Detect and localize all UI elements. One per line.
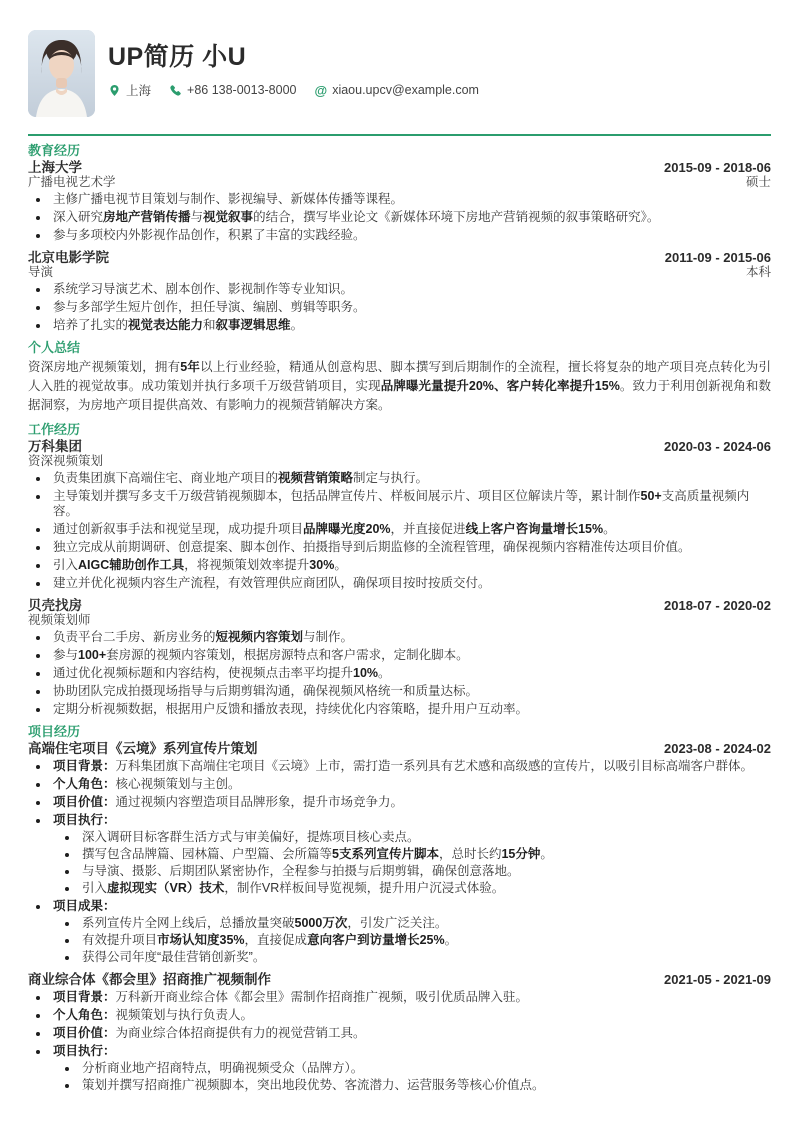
entry-heading: 高端住宅项目《云境》系列宣传片策划 (28, 741, 258, 756)
entry-sub-row: 导演本科 (28, 265, 771, 279)
section-title: 工作经历 (28, 422, 771, 437)
bullet-list: 主修广播电视节目策划与制作、影视编导、新媒体传播等课程。深入研究房地产营销传播与… (28, 192, 771, 243)
bullet-item: 系统学习导演艺术、剧本创作、影视制作等专业知识。 (28, 282, 771, 297)
contact-email-text: xiaou.upcv@example.com (332, 83, 479, 97)
section-title: 教育经历 (28, 143, 771, 158)
entry: 高端住宅项目《云境》系列宣传片策划2023-08 - 2024-02项目背景：万… (28, 741, 771, 965)
entry-date: 2011-09 - 2015-06 (665, 250, 771, 265)
bullet-item: 协助团队完成拍摄现场指导与后期剪辑沟通，确保视频风格统一和质量达标。 (28, 684, 771, 699)
bullet-list: 系统学习导演艺术、剧本创作、影视制作等专业知识。参与多部学生短片创作，担任导演、… (28, 282, 771, 333)
highlight-text: 100+ (78, 648, 106, 662)
entry-sub-row: 视频策划师 (28, 613, 771, 627)
entry-role: 资深视频策划 (28, 454, 103, 468)
bullet-item: 引入AIGC辅助创作工具，将视频策划效率提升30%。 (28, 558, 771, 573)
sub-bullet-item: 系列宣传片全网上线后，总播放量突破5000万次，引发广泛关注。 (55, 916, 771, 931)
highlight-text: 项目价值： (53, 795, 116, 809)
entry-header-row: 万科集团2020-03 - 2024-06 (28, 439, 771, 454)
bullet-item: 项目价值：为商业综合体招商提供有力的视觉营销工具。 (28, 1026, 771, 1041)
bullet-item: 独立完成从前期调研、创意提案、脚本创作、拍摄指导到后期监修的全流程管理，确保视频… (28, 540, 771, 555)
entry-sub-row: 资深视频策划 (28, 454, 771, 468)
highlight-text: 品牌曝光度20% (303, 522, 391, 536)
entry-sub-row: 广播电视艺术学硕士 (28, 175, 771, 189)
entry-header-row: 高端住宅项目《云境》系列宣传片策划2023-08 - 2024-02 (28, 741, 771, 756)
section-work: 工作经历万科集团2020-03 - 2024-06资深视频策划负责集团旗下高端住… (28, 422, 771, 717)
bullet-item: 项目背景：万科集团旗下高端住宅项目《云境》上市，需打造一系列具有艺术感和高级感的… (28, 759, 771, 774)
highlight-text: 视频营销策略 (278, 471, 353, 485)
section-education: 教育经历上海大学2015-09 - 2018-06广播电视艺术学硕士主修广播电视… (28, 143, 771, 333)
entry-heading: 贝壳找房 (28, 598, 82, 613)
entry: 商业综合体《都会里》招商推广视频制作2021-05 - 2021-09项目背景：… (28, 972, 771, 1093)
bullet-item: 项目成果：系列宣传片全网上线后，总播放量突破5000万次，引发广泛关注。有效提升… (28, 899, 771, 965)
highlight-text: 项目价值： (53, 1026, 116, 1040)
entry-role: 视频策划师 (28, 613, 91, 627)
highlight-text: 项目背景： (53, 990, 116, 1004)
entry-role: 广播电视艺术学 (28, 175, 116, 189)
bullet-item: 参与100+套房源的视频内容策划，根据房源特点和客户需求，定制化脚本。 (28, 648, 771, 663)
contact-row: 上海 +86 138-0013-8000 @ xiaou.upcv@exampl… (108, 81, 479, 99)
header-divider (28, 134, 771, 136)
highlight-text: 5支系列宣传片脚本 (332, 847, 439, 861)
resume-sections: 教育经历上海大学2015-09 - 2018-06广播电视艺术学硕士主修广播电视… (28, 143, 771, 1093)
bullet-item: 培养了扎实的视觉表达能力和叙事逻辑思维。 (28, 318, 771, 333)
entry-degree: 本科 (746, 265, 771, 279)
entry-header-row: 贝壳找房2018-07 - 2020-02 (28, 598, 771, 613)
bullet-item: 通过优化视频标题和内容结构，使视频点击率平均提升10%。 (28, 666, 771, 681)
bullet-item: 建立并优化视频内容生产流程，有效管理供应商团队，确保项目按时按质交付。 (28, 576, 771, 591)
location-pin-icon (108, 84, 121, 97)
bullet-list: 负责集团旗下高端住宅、商业地产项目的视频营销策略制定与执行。主导策划并撰写多支千… (28, 471, 771, 591)
sub-bullet-item: 获得公司年度“最佳营销创新奖”。 (55, 950, 771, 965)
profile-photo (28, 30, 95, 117)
highlight-text: 视觉叙事 (203, 210, 253, 224)
highlight-text: 5年 (180, 360, 200, 374)
sub-bullet-item: 与导演、摄影、后期团队紧密协作，全程参与拍摄与后期剪辑，确保创意落地。 (55, 864, 771, 879)
bullet-item: 个人角色：视频策划与执行负责人。 (28, 1008, 771, 1023)
entry-date: 2021-05 - 2021-09 (664, 972, 771, 987)
bullet-item: 主导策划并撰写多支千万级营销视频脚本，包括品牌宣传片、样板间展示片、项目区位解读… (28, 489, 771, 519)
contact-phone-text: +86 138-0013-8000 (187, 83, 296, 97)
highlight-text: 市场认知度35% (157, 933, 245, 947)
bullet-list: 项目背景：万科集团旗下高端住宅项目《云境》上市，需打造一系列具有艺术感和高级感的… (28, 759, 771, 965)
highlight-text: 叙事逻辑思维 (216, 318, 291, 332)
bullet-item: 项目执行：分析商业地产招商特点，明确视频受众（品牌方）。策划并撰写招商推广视频脚… (28, 1044, 771, 1093)
highlight-text: 线上客户咨询量增长15% (466, 522, 604, 536)
highlight-text: 50+ (641, 489, 662, 503)
entry-header-row: 商业综合体《都会里》招商推广视频制作2021-05 - 2021-09 (28, 972, 771, 987)
bullet-item: 负责平台二手房、新房业务的短视频内容策划与制作。 (28, 630, 771, 645)
contact-phone: +86 138-0013-8000 (169, 83, 296, 97)
bullet-item: 定期分析视频数据，根据用户反馈和播放表现，持续优化内容策略，提升用户互动率。 (28, 702, 771, 717)
highlight-text: 项目背景： (53, 759, 116, 773)
highlight-text: 意向客户到访量增长25% (307, 933, 445, 947)
resume-header: UP简历 小U 上海 +86 138-0013-8000 @ xiaou.u (28, 30, 771, 117)
section-title: 个人总结 (28, 340, 771, 355)
bullet-item: 参与多项校内外影视作品创作，积累了丰富的实践经验。 (28, 228, 771, 243)
bullet-list: 项目背景：万科新开商业综合体《都会里》需制作招商推广视频，吸引优质品牌入驻。个人… (28, 990, 771, 1093)
highlight-text: 品牌曝光量提升20%、客户转化率提升15% (381, 379, 620, 393)
contact-location: 上海 (108, 81, 151, 99)
entry-heading: 上海大学 (28, 160, 82, 175)
profile-photo-illustration (28, 30, 95, 117)
sub-bullet-item: 深入调研目标客群生活方式与审美偏好，提炼项目核心卖点。 (55, 830, 771, 845)
entry-date: 2018-07 - 2020-02 (664, 598, 771, 613)
entry: 万科集团2020-03 - 2024-06资深视频策划负责集团旗下高端住宅、商业… (28, 439, 771, 591)
entry-heading: 万科集团 (28, 439, 82, 454)
bullet-list: 负责平台二手房、新房业务的短视频内容策划与制作。参与100+套房源的视频内容策划… (28, 630, 771, 717)
at-sign-icon: @ (315, 84, 328, 97)
section-title: 项目经历 (28, 724, 771, 739)
bullet-item: 深入研究房地产营销传播与视觉叙事的结合，撰写毕业论文《新媒体环境下房地产营销视频… (28, 210, 771, 225)
contact-location-text: 上海 (126, 81, 151, 99)
entry-role: 导演 (28, 265, 53, 279)
bullet-item: 主修广播电视节目策划与制作、影视编导、新媒体传播等课程。 (28, 192, 771, 207)
summary-paragraph: 资深房地产视频策划，拥有5年以上行业经验，精通从创意构思、脚本撰写到后期制作的全… (28, 358, 771, 415)
sub-bullet-item: 策划并撰写招商推广视频脚本，突出地段优势、客流潜力、运营服务等核心价值点。 (55, 1078, 771, 1093)
contact-email: @ xiaou.upcv@example.com (315, 83, 479, 97)
entry-heading: 商业综合体《都会里》招商推广视频制作 (28, 972, 271, 987)
entry: 贝壳找房2018-07 - 2020-02视频策划师负责平台二手房、新房业务的短… (28, 598, 771, 717)
highlight-text: 项目执行： (53, 813, 116, 827)
sub-bullet-item: 分析商业地产招商特点，明确视频受众（品牌方）。 (55, 1061, 771, 1076)
candidate-name: UP简历 小U (108, 43, 479, 71)
entry: 上海大学2015-09 - 2018-06广播电视艺术学硕士主修广播电视节目策划… (28, 160, 771, 243)
highlight-text: 个人角色： (53, 777, 116, 791)
entry-degree: 硕士 (746, 175, 771, 189)
entry-header-row: 上海大学2015-09 - 2018-06 (28, 160, 771, 175)
bullet-item: 参与多部学生短片创作，担任导演、编剧、剪辑等职务。 (28, 300, 771, 315)
highlight-text: 10% (353, 666, 378, 680)
bullet-item: 项目价值：通过视频内容塑造项目品牌形象，提升市场竞争力。 (28, 795, 771, 810)
highlight-text: 15分钟 (501, 847, 540, 861)
highlight-text: 项目成果： (53, 899, 116, 913)
entry-date: 2020-03 - 2024-06 (664, 439, 771, 454)
entry-date: 2015-09 - 2018-06 (664, 160, 771, 175)
highlight-text: 个人角色： (53, 1008, 116, 1022)
highlight-text: 5000万次 (295, 916, 348, 930)
entry-heading: 北京电影学院 (28, 250, 109, 265)
entry-header-row: 北京电影学院2011-09 - 2015-06 (28, 250, 771, 265)
bullet-item: 个人角色：核心视频策划与主创。 (28, 777, 771, 792)
highlight-text: 项目执行： (53, 1044, 116, 1058)
sub-bullet-list: 系列宣传片全网上线后，总播放量突破5000万次，引发广泛关注。有效提升项目市场认… (55, 916, 771, 965)
bullet-item: 负责集团旗下高端住宅、商业地产项目的视频营销策略制定与执行。 (28, 471, 771, 486)
resume-page: UP简历 小U 上海 +86 138-0013-8000 @ xiaou.u (0, 0, 799, 1093)
sub-bullet-item: 撰写包含品牌篇、园林篇、户型篇、会所篇等5支系列宣传片脚本，总时长约15分钟。 (55, 847, 771, 862)
highlight-text: 虚拟现实（VR）技术 (107, 881, 224, 895)
section-projects: 项目经历高端住宅项目《云境》系列宣传片策划2023-08 - 2024-02项目… (28, 724, 771, 1093)
section-summary: 个人总结资深房地产视频策划，拥有5年以上行业经验，精通从创意构思、脚本撰写到后期… (28, 340, 771, 415)
sub-bullet-item: 有效提升项目市场认知度35%，直接促成意向客户到访量增长25%。 (55, 933, 771, 948)
header-info: UP简历 小U 上海 +86 138-0013-8000 @ xiaou.u (108, 30, 479, 117)
sub-bullet-list: 分析商业地产招商特点，明确视频受众（品牌方）。策划并撰写招商推广视频脚本，突出地… (55, 1061, 771, 1093)
phone-icon (169, 84, 182, 97)
bullet-item: 项目执行：深入调研目标客群生活方式与审美偏好，提炼项目核心卖点。撰写包含品牌篇、… (28, 813, 771, 896)
highlight-text: 视觉表达能力 (128, 318, 203, 332)
sub-bullet-item: 引入虚拟现实（VR）技术，制作VR样板间导览视频，提升用户沉浸式体验。 (55, 881, 771, 896)
highlight-text: AIGC辅助创作工具 (78, 558, 184, 572)
highlight-text: 短视频内容策划 (216, 630, 304, 644)
bullet-item: 项目背景：万科新开商业综合体《都会里》需制作招商推广视频，吸引优质品牌入驻。 (28, 990, 771, 1005)
entry: 北京电影学院2011-09 - 2015-06导演本科系统学习导演艺术、剧本创作… (28, 250, 771, 333)
entry-date: 2023-08 - 2024-02 (664, 741, 771, 756)
bullet-item: 通过创新叙事手法和视觉呈现，成功提升项目品牌曝光度20%，并直接促进线上客户咨询… (28, 522, 771, 537)
highlight-text: 房地产营销传播 (103, 210, 191, 224)
sub-bullet-list: 深入调研目标客群生活方式与审美偏好，提炼项目核心卖点。撰写包含品牌篇、园林篇、户… (55, 830, 771, 896)
highlight-text: 30% (309, 558, 334, 572)
